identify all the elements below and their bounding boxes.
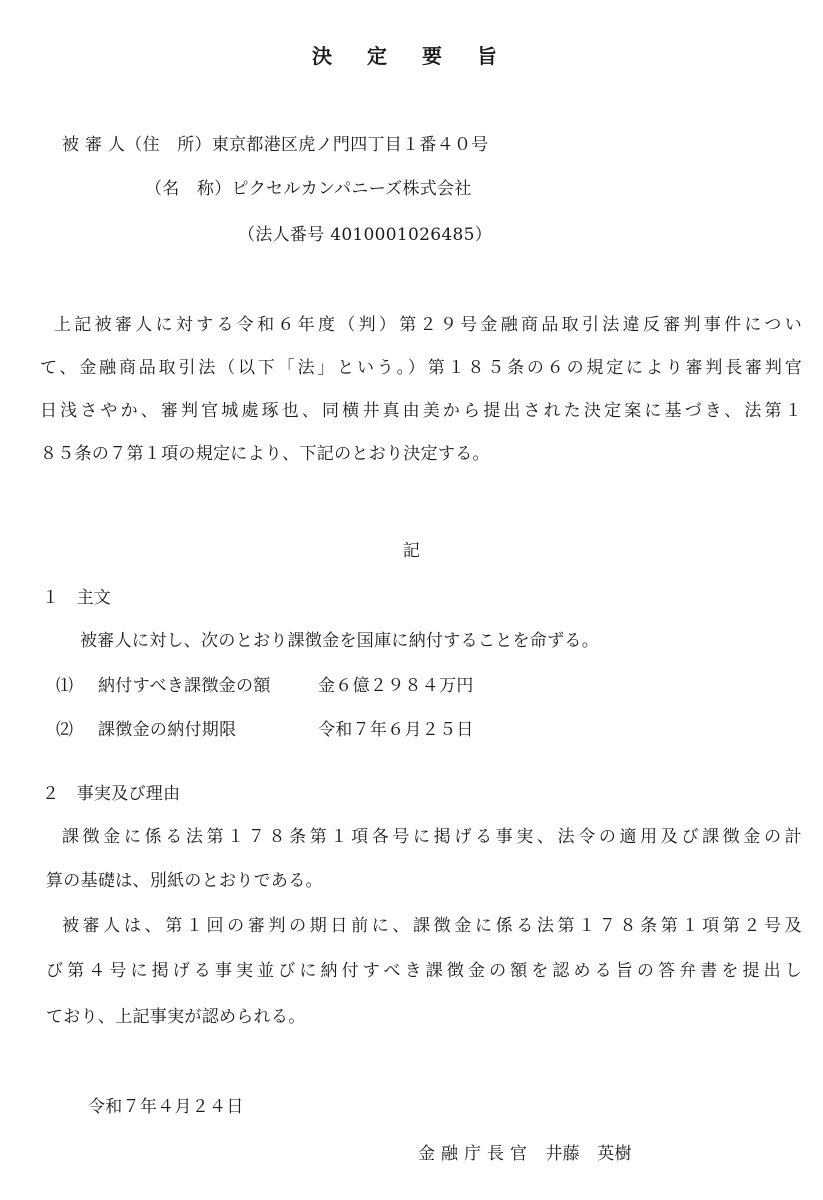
signature: 金 融 庁 長 官井藤 英樹 xyxy=(418,1143,632,1165)
intro-line-4: ８５条の７第１項の規定により、下記のとおり決定する。 xyxy=(40,443,490,465)
order-item-2: ⑵課徴金の納付期限令和７年６月２５日 xyxy=(56,719,474,741)
section2-para2-line-2: び第４号に掲げる事実並びに納付すべき課徴金の額を認める旨の答弁書を提出し xyxy=(46,960,802,982)
order-item-2-value: 令和７年６月２５日 xyxy=(318,720,474,740)
document-title: 決 定 要 旨 xyxy=(0,40,823,69)
respondent-corp-number: （法人番号 4010001026485） xyxy=(238,224,492,246)
order-item-1: ⑴納付すべき課徴金の額金６億２９８４万円 xyxy=(56,675,474,697)
intro-line-3: 日浅さやか、審判官城處琢也、同横井真由美から提出された決定案に基づき、法第１ xyxy=(40,400,802,422)
order-item-2-num: ⑵ xyxy=(56,719,98,741)
respondent-address: 東京都港区虎ノ門四丁目１番４０号 xyxy=(212,135,489,155)
respondent-name: ピクセルカンパニーズ株式会社 xyxy=(232,179,472,199)
ki-marker: 記 xyxy=(0,540,823,562)
section2-para2-line-3: ており、上記事実が認められる。 xyxy=(46,1006,306,1028)
order-item-2-label: 課徴金の納付期限 xyxy=(98,719,318,741)
order-item-1-num: ⑴ xyxy=(56,675,98,697)
section1-body: 被審人に対し、次のとおり課徴金を国庫に納付することを命ずる。 xyxy=(80,630,599,652)
section2-para2-line-1: 被審人は、第１回の審判の期日前に、課徴金に係る法第１７８条第１項第２号及 xyxy=(62,915,802,937)
document-page: 決 定 要 旨 被 審 人（住 所）東京都港区虎ノ門四丁目１番４０号 （名 称）… xyxy=(0,0,823,1200)
order-item-1-value: 金６億２９８４万円 xyxy=(318,676,474,696)
signature-title: 金 融 庁 長 官 xyxy=(418,1144,527,1164)
decision-date: 令和７年４月２４日 xyxy=(88,1096,244,1118)
section2-para1-line-1: 課徴金に係る法第１７８条第１項各号に掲げる事実、法令の適用及び課徴金の計 xyxy=(62,826,802,848)
respondent-address-line: 被 審 人（住 所）東京都港区虎ノ門四丁目１番４０号 xyxy=(62,134,489,156)
section1-heading: １ 主文 xyxy=(42,587,111,609)
order-item-1-label: 納付すべき課徴金の額 xyxy=(98,675,318,697)
intro-line-2: て、金融商品取引法（以下「法」という。）第１８５条の６の規定により審判長審判官 xyxy=(40,357,802,379)
section2-heading: ２ 事実及び理由 xyxy=(42,783,180,805)
respondent-name-label: （名 称） xyxy=(145,179,232,199)
section2-para1-line-2: 算の基礎は、別紙のとおりである。 xyxy=(46,870,323,892)
respondent-name-line: （名 称）ピクセルカンパニーズ株式会社 xyxy=(145,178,472,200)
intro-line-1: 上記被審人に対する令和６年度（判）第２９号金融商品取引法違反審判事件につい xyxy=(54,314,802,336)
signature-name: 井藤 英樹 xyxy=(545,1144,632,1164)
respondent-label: 被 審 人（住 所） xyxy=(62,135,212,155)
